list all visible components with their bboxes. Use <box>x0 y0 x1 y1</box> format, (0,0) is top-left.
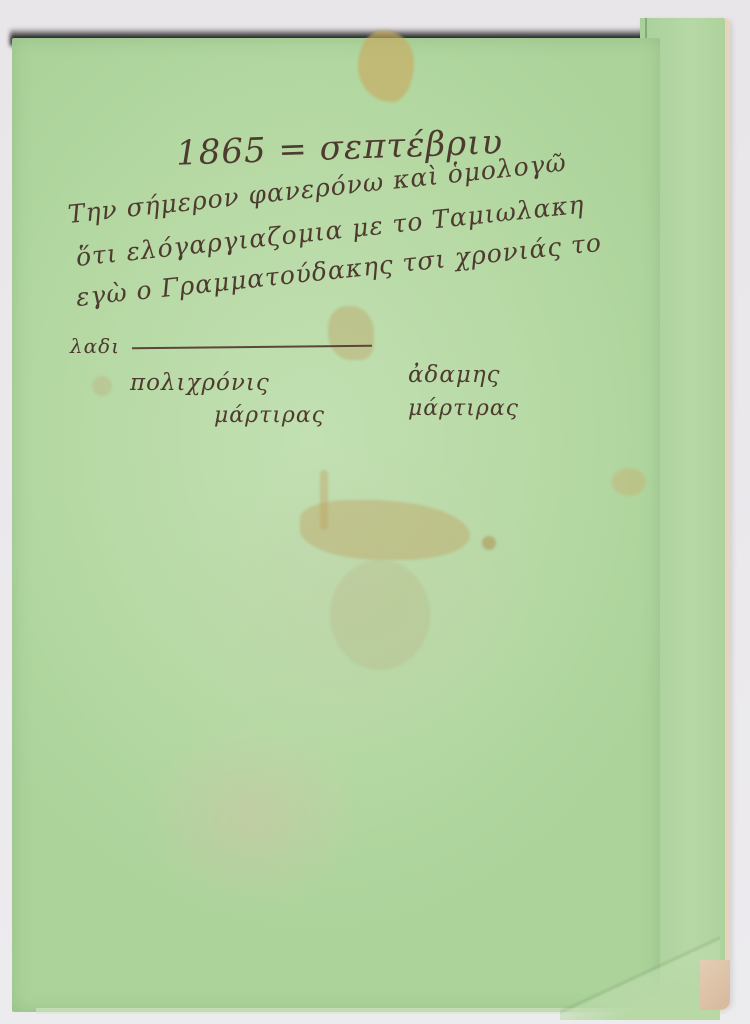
signature-2-name: ἀδαμης <box>408 362 501 388</box>
water-stain-mid <box>328 306 374 360</box>
cover-bottom-edge <box>36 1008 726 1014</box>
water-stain-right <box>612 468 646 496</box>
signature-1-name: πολιχρόνις <box>130 370 270 396</box>
stain-dot-left <box>92 376 112 396</box>
splash-stain-halo <box>330 560 430 670</box>
frayed-corner <box>700 960 730 1010</box>
signature-1-role: μάρτιρας <box>214 403 325 428</box>
stain-dot <box>482 536 496 550</box>
signature-2-role: μάρτιρας <box>408 396 519 421</box>
text-line-4: λαδι <box>70 334 120 358</box>
